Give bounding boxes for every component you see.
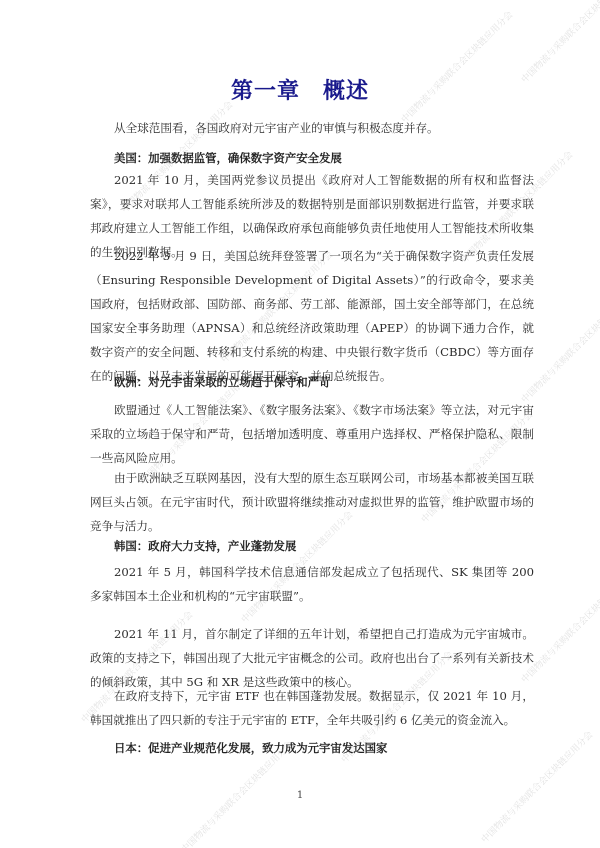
korea-paragraph-3: 在政府支持下，元宇宙 ETF 也在韩国蓬勃发展。数据显示，仅 2021 年 10… [90, 684, 534, 732]
section-heading-usa: 美国：加强数据监管，确保数字资产安全发展 [90, 146, 534, 170]
korea-paragraph-1: 2021 年 5 月，韩国科学技术信息通信部发起成立了包括现代、SK 集团等 2… [90, 560, 534, 608]
section-heading: 日本：促进产业规范化发展，致力成为元宇宙发达国家 [90, 736, 534, 760]
intro-paragraph: 从全球范围看，各国政府对元宇宙产业的审慎与积极态度并存。 [90, 116, 534, 140]
section-heading: 美国：加强数据监管，确保数字资产安全发展 [90, 146, 534, 170]
paragraph: 欧盟通过《人工智能法案》、《数字服务法案》、《数字市场法案》等立法，对元宇宙采取… [90, 398, 534, 470]
chapter-title: 第一章 概述 [0, 74, 600, 105]
europe-paragraph-1: 欧盟通过《人工智能法案》、《数字服务法案》、《数字市场法案》等立法，对元宇宙采取… [90, 398, 534, 470]
paragraph: 2021 年 5 月，韩国科学技术信息通信部发起成立了包括现代、SK 集团等 2… [90, 560, 534, 608]
watermark: 中国物流与采购联合会区块链应用分会 [518, 0, 600, 85]
document-page: 第一章 概述 从全球范围看，各国政府对元宇宙产业的审慎与积极态度并存。 美国：加… [0, 0, 600, 848]
section-heading: 韩国：政府大力支持，产业蓬勃发展 [90, 534, 534, 558]
usa-paragraph-2: 2022 年 3 月 9 日，美国总统拜登签署了一项名为“关于确保数字资产负责任… [90, 244, 534, 388]
page-number: 1 [0, 790, 600, 801]
paragraph: 由于欧洲缺乏互联网基因，没有大型的原生态互联网公司，市场基本都被美国互联网巨头占… [90, 466, 534, 538]
paragraph: 从全球范围看，各国政府对元宇宙产业的审慎与积极态度并存。 [90, 116, 534, 140]
section-heading: 欧洲：对元宇宙采取的立场趋于保守和严苛 [90, 370, 534, 394]
watermark: 中国物流与采购联合会区块链应用分会 [398, 8, 515, 125]
section-heading-korea: 韩国：政府大力支持，产业蓬勃发展 [90, 534, 534, 558]
paragraph: 在政府支持下，元宇宙 ETF 也在韩国蓬勃发展。数据显示，仅 2021 年 10… [90, 684, 534, 732]
section-heading-japan: 日本：促进产业规范化发展，致力成为元宇宙发达国家 [90, 736, 534, 760]
paragraph: 2022 年 3 月 9 日，美国总统拜登签署了一项名为“关于确保数字资产负责任… [90, 244, 534, 388]
europe-paragraph-2: 由于欧洲缺乏互联网基因，没有大型的原生态互联网公司，市场基本都被美国互联网巨头占… [90, 466, 534, 538]
section-heading-europe: 欧洲：对元宇宙采取的立场趋于保守和严苛 [90, 370, 534, 394]
